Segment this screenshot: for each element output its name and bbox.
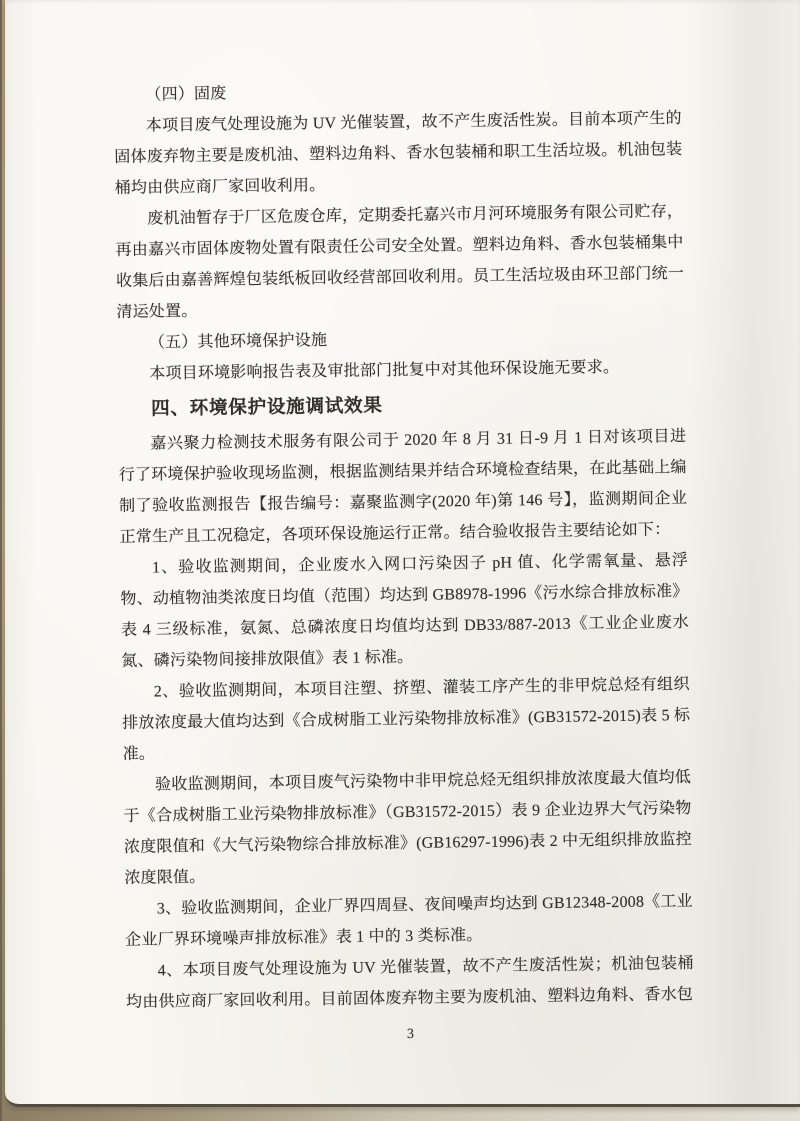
- paragraph: 1、验收监测期间，企业废水入网口污染因子 pH 值、化学需氧量、悬浮物、动植物油…: [120, 545, 690, 677]
- document-body: （四）固废本项目废气处理设施为 UV 光催装置，故不产生废活性炭。目前本项产生的…: [113, 72, 694, 1018]
- paragraph: 4、本项目废气处理设施为 UV 光催装置，故不产生废活性炭；机油包装桶均由供应商…: [125, 948, 694, 1018]
- page-number: 3: [126, 1015, 694, 1054]
- scan-edge-left: [0, 0, 2, 1121]
- paragraph: 本项目废气处理设施为 UV 光催装置，故不产生废活性炭。目前本项产生的固体废弃物…: [114, 103, 683, 204]
- paragraph: 验收监测期间，本项目废气污染物中非甲烷总烃无组织排放浓度最大值均低于《合成树脂工…: [123, 762, 693, 894]
- document-content: （四）固废本项目废气处理设施为 UV 光催装置，故不产生废活性炭。目前本项产生的…: [113, 72, 695, 1054]
- paragraph: 本项目环境影响报告表及审批部门批复中对其他环保设施无要求。: [117, 351, 685, 390]
- paragraph: 废机油暂存于厂区危废仓库，定期委托嘉兴市月河环境服务有限公司贮存，再由嘉兴市固体…: [115, 196, 685, 328]
- section-heading: 四、环境保护设施调试效果: [118, 387, 686, 426]
- paragraph: 3、验收监测期间，企业厂界四周昼、夜间噪声均达到 GB12348-2008《工业…: [125, 886, 694, 956]
- paragraph: 2、验收监测期间，本项目注塑、挤塑、灌装工序产生的非甲烷总烃有组织排放浓度最大值…: [122, 669, 691, 770]
- document-page: （四）固废本项目废气处理设施为 UV 光催装置，故不产生废活性炭。目前本项产生的…: [5, 0, 800, 1107]
- scanner-backdrop: （四）固废本项目废气处理设施为 UV 光催装置，故不产生废活性炭。目前本项产生的…: [0, 0, 800, 1121]
- paragraph: 嘉兴聚力检测技术服务有限公司于 2020 年 8 月 31 日-9 月 1 日对…: [118, 421, 688, 553]
